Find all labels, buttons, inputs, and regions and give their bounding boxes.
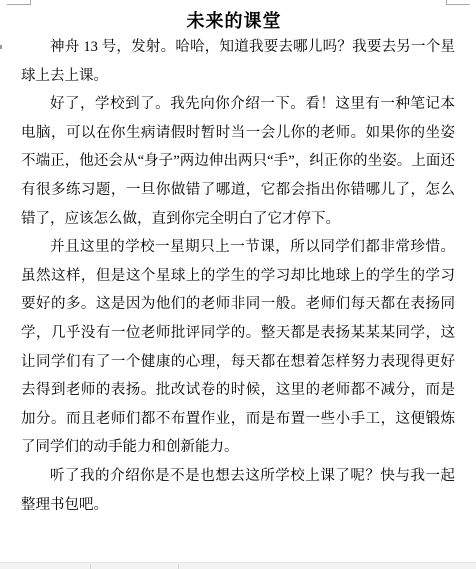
status-bar-divider (178, 564, 179, 569)
crop-mark-top-right-horizontal (446, 4, 470, 5)
crop-mark-top-left-horizontal (7, 4, 31, 5)
paragraph-2[interactable]: 好了，学校到了。我先向你介绍一下。看！这里有一种笔记本电脑，可以在你生病请假时暂… (21, 90, 455, 233)
document-page: 未来的课堂 神舟 13 号，发射。哈哈，知道我要去哪儿吗？我要去另一个星球上去上… (0, 0, 476, 569)
status-bar (0, 562, 476, 569)
status-bar-divider (90, 564, 91, 569)
crop-mark-top-right-vertical (446, 0, 447, 4)
document-title: 未来的课堂 (0, 7, 468, 33)
document-text-area[interactable]: 神舟 13 号，发射。哈哈，知道我要去哪儿吗？我要去另一个星球上去上课。 好了，… (21, 33, 455, 519)
paragraph-1[interactable]: 神舟 13 号，发射。哈哈，知道我要去哪儿吗？我要去另一个星球上去上课。 (21, 33, 455, 90)
paragraph-4[interactable]: 听了我的介绍你是不是也想去这所学校上课了呢？快与我一起整理书包吧。 (21, 462, 455, 519)
crop-mark-top-left-vertical (30, 0, 31, 4)
paragraph-3[interactable]: 并且这里的学校一星期只上一节课，所以同学们都非常珍惜。虽然这样，但是这个星球上的… (21, 233, 455, 462)
left-edge-artifact (0, 45, 2, 49)
